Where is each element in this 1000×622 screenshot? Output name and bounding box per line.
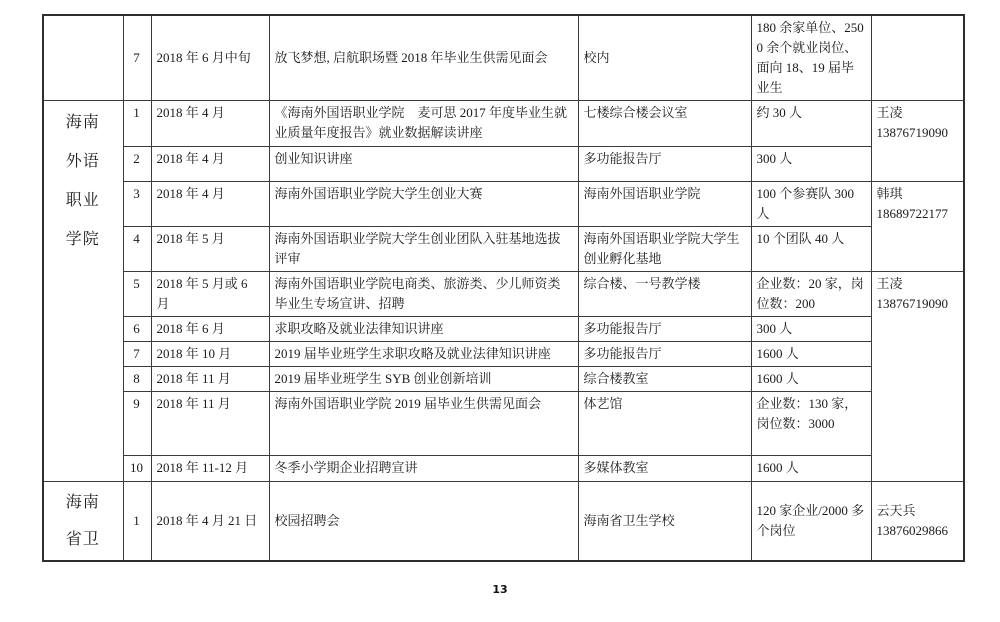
contact-phone: 13876029866 xyxy=(877,521,958,541)
date-cell: 2018 年 4 月 xyxy=(151,182,269,227)
event-cell: 冬季小学期企业招聘宣讲 xyxy=(269,456,578,482)
institution-name-line: 外语 xyxy=(49,142,117,181)
table-row: 8 2018 年 11 月 2019 届毕业班学生 SYB 创业创新培训 综合楼… xyxy=(43,367,964,392)
row-number-cell: 7 xyxy=(123,342,151,367)
institution-cell-continuation xyxy=(43,15,123,101)
table-row: 5 2018 年 5 月或 6 月 海南外国语职业学院电商类、旅游类、少儿师资类… xyxy=(43,272,964,317)
table-row: 海南 外语 职业 学院 1 2018 年 4 月 《海南外国语职业学院 麦可思 … xyxy=(43,101,964,147)
row-number-cell: 7 xyxy=(123,15,151,101)
institution-cell: 海南 外语 职业 学院 xyxy=(43,101,123,482)
date-cell: 2018 年 10 月 xyxy=(151,342,269,367)
location-cell: 海南外国语职业学院大学生创业孵化基地 xyxy=(578,227,751,272)
contact-phone: 13876719090 xyxy=(877,123,958,143)
event-cell: 海南外国语职业学院电商类、旅游类、少儿师资类毕业生专场宣讲、招聘 xyxy=(269,272,578,317)
scale-cell: 1600 人 xyxy=(751,342,871,367)
scale-cell: 1600 人 xyxy=(751,456,871,482)
institution-name-line: 职业 xyxy=(49,181,117,220)
page-number: 13 xyxy=(0,583,1000,596)
contact-cell: 王凌 13876719090 xyxy=(871,101,964,182)
table-row: 6 2018 年 6 月 求职攻略及就业法律知识讲座 多功能报告厅 300 人 xyxy=(43,317,964,342)
location-cell: 七楼综合楼会议室 xyxy=(578,101,751,147)
table-row: 4 2018 年 5 月 海南外国语职业学院大学生创业团队入驻基地选拔评审 海南… xyxy=(43,227,964,272)
date-cell: 2018 年 11 月 xyxy=(151,392,269,456)
contact-phone: 13876719090 xyxy=(877,294,958,314)
contact-cell: 云天兵 13876029866 xyxy=(871,482,964,562)
event-cell: 校园招聘会 xyxy=(269,482,578,562)
contact-phone: 18689722177 xyxy=(877,204,958,224)
scale-cell: 300 人 xyxy=(751,147,871,182)
scale-cell: 10 个团队 40 人 xyxy=(751,227,871,272)
location-cell: 海南省卫生学校 xyxy=(578,482,751,562)
scale-cell: 120 家企业/2000 多个岗位 xyxy=(751,482,871,562)
table-row: 2 2018 年 4 月 创业知识讲座 多功能报告厅 300 人 xyxy=(43,147,964,182)
row-number-cell: 3 xyxy=(123,182,151,227)
scale-cell: 1600 人 xyxy=(751,367,871,392)
institution-name-line: 海南 xyxy=(49,484,117,521)
institution-name-line: 学院 xyxy=(49,220,117,259)
location-cell: 体艺馆 xyxy=(578,392,751,456)
event-cell: 海南外国语职业学院大学生创业大赛 xyxy=(269,182,578,227)
contact-name: 云天兵 xyxy=(877,501,958,521)
row-number-cell: 1 xyxy=(123,482,151,562)
contact-cell: 韩琪 18689722177 xyxy=(871,182,964,272)
row-number-cell: 2 xyxy=(123,147,151,182)
table-row: 3 2018 年 4 月 海南外国语职业学院大学生创业大赛 海南外国语职业学院 … xyxy=(43,182,964,227)
row-number-cell: 1 xyxy=(123,101,151,147)
document-page: 7 2018 年 6 月中旬 放飞梦想, 启航职场暨 2018 年毕业生供需见面… xyxy=(0,0,1000,622)
row-number-cell: 8 xyxy=(123,367,151,392)
table-row: 7 2018 年 6 月中旬 放飞梦想, 启航职场暨 2018 年毕业生供需见面… xyxy=(43,15,964,101)
row-number-cell: 6 xyxy=(123,317,151,342)
contact-name: 王凌 xyxy=(877,103,958,123)
event-cell: 2019 届毕业班学生求职攻略及就业法律知识讲座 xyxy=(269,342,578,367)
scale-cell: 100 个参赛队 300 人 xyxy=(751,182,871,227)
institution-name-line: 省卫 xyxy=(49,521,117,558)
row-number-cell: 5 xyxy=(123,272,151,317)
contact-cell: 王凌 13876719090 xyxy=(871,272,964,482)
table-row: 10 2018 年 11-12 月 冬季小学期企业招聘宣讲 多媒体教室 1600… xyxy=(43,456,964,482)
scale-cell: 约 30 人 xyxy=(751,101,871,147)
date-cell: 2018 年 6 月中旬 xyxy=(151,15,269,101)
institution-name-line: 海南 xyxy=(49,103,117,142)
contact-name: 韩琪 xyxy=(877,184,958,204)
date-cell: 2018 年 5 月 xyxy=(151,227,269,272)
event-cell: 创业知识讲座 xyxy=(269,147,578,182)
event-cell: 放飞梦想, 启航职场暨 2018 年毕业生供需见面会 xyxy=(269,15,578,101)
table-row: 7 2018 年 10 月 2019 届毕业班学生求职攻略及就业法律知识讲座 多… xyxy=(43,342,964,367)
event-cell: 2019 届毕业班学生 SYB 创业创新培训 xyxy=(269,367,578,392)
recruitment-schedule-table: 7 2018 年 6 月中旬 放飞梦想, 启航职场暨 2018 年毕业生供需见面… xyxy=(42,14,965,562)
row-number-cell: 4 xyxy=(123,227,151,272)
date-cell: 2018 年 4 月 xyxy=(151,147,269,182)
date-cell: 2018 年 4 月 21 日 xyxy=(151,482,269,562)
table-row: 9 2018 年 11 月 海南外国语职业学院 2019 届毕业生供需见面会 体… xyxy=(43,392,964,456)
location-cell: 综合楼教室 xyxy=(578,367,751,392)
location-cell: 多媒体教室 xyxy=(578,456,751,482)
location-cell: 多功能报告厅 xyxy=(578,147,751,182)
date-cell: 2018 年 5 月或 6 月 xyxy=(151,272,269,317)
table-row: 海南 省卫 1 2018 年 4 月 21 日 校园招聘会 海南省卫生学校 12… xyxy=(43,482,964,562)
scale-cell: 300 人 xyxy=(751,317,871,342)
scale-cell: 180 余家单位、2500 余个就业岗位、面向 18、19 届毕业生 xyxy=(751,15,871,101)
event-cell: 海南外国语职业学院大学生创业团队入驻基地选拔评审 xyxy=(269,227,578,272)
location-cell: 多功能报告厅 xyxy=(578,317,751,342)
contact-cell-empty xyxy=(871,15,964,101)
contact-name: 王凌 xyxy=(877,274,958,294)
row-number-cell: 9 xyxy=(123,392,151,456)
date-cell: 2018 年 11-12 月 xyxy=(151,456,269,482)
scale-cell: 企业数：130 家，岗位数：3000 xyxy=(751,392,871,456)
row-number-cell: 10 xyxy=(123,456,151,482)
date-cell: 2018 年 6 月 xyxy=(151,317,269,342)
scale-cell: 企业数：20 家，岗位数：200 xyxy=(751,272,871,317)
event-cell: 求职攻略及就业法律知识讲座 xyxy=(269,317,578,342)
location-cell: 校内 xyxy=(578,15,751,101)
location-cell: 综合楼、一号教学楼 xyxy=(578,272,751,317)
location-cell: 多功能报告厅 xyxy=(578,342,751,367)
event-cell: 海南外国语职业学院 2019 届毕业生供需见面会 xyxy=(269,392,578,456)
date-cell: 2018 年 11 月 xyxy=(151,367,269,392)
location-cell: 海南外国语职业学院 xyxy=(578,182,751,227)
event-cell: 《海南外国语职业学院 麦可思 2017 年度毕业生就业质量年度报告》就业数据解读… xyxy=(269,101,578,147)
institution-cell: 海南 省卫 xyxy=(43,482,123,562)
date-cell: 2018 年 4 月 xyxy=(151,101,269,147)
